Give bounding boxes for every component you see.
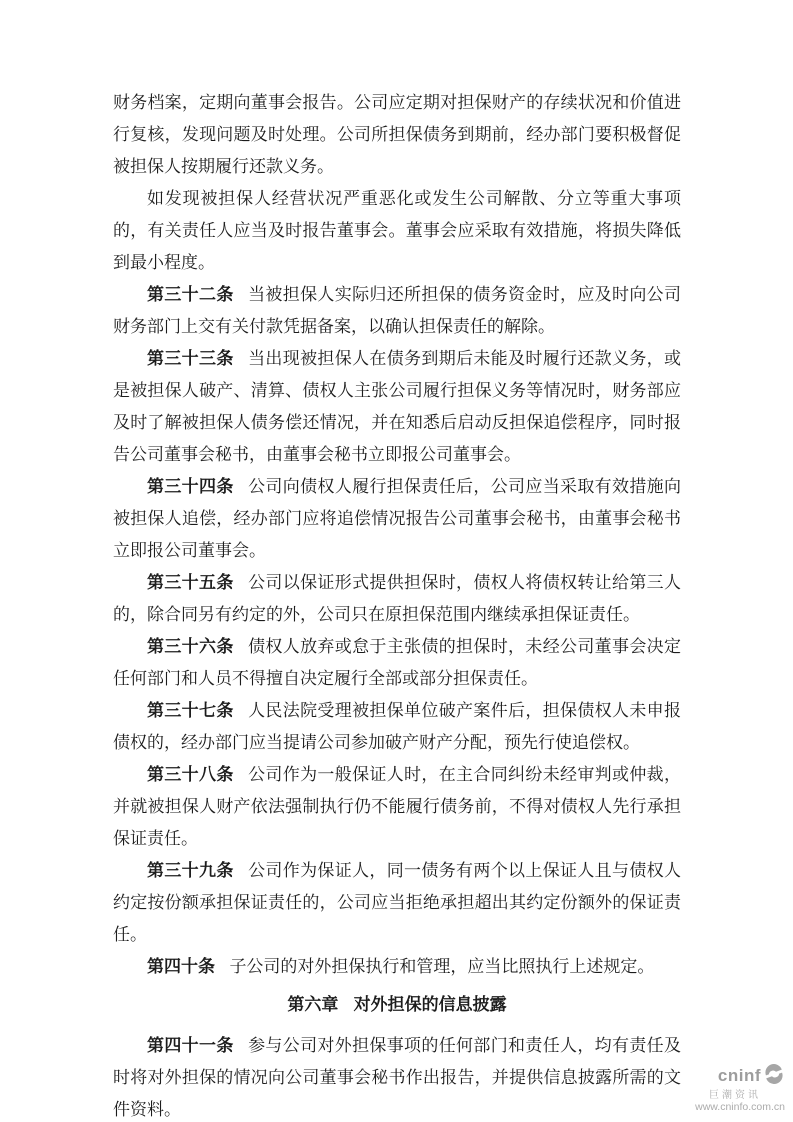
article-number: 第三十五条	[147, 573, 248, 592]
article-number: 第四十一条	[147, 1036, 248, 1055]
cninfo-logo: cninf	[625, 1063, 785, 1090]
cninfo-swirl-icon	[763, 1063, 785, 1090]
paragraph: 第三十六条债权人放弃或怠于主张债的担保时，未经公司董事会决定任何部门和人员不得擅…	[113, 631, 681, 695]
paragraph: 第四十一条参与公司对外担保事项的任何部门和责任人，均有责任及时将对外担保的情况向…	[113, 1030, 681, 1122]
paragraph-text: 财务档案，定期向董事会报告。公司应定期对担保财产的存续状况和价值进行复核，发现问…	[113, 93, 681, 176]
article-number: 第三十二条	[147, 285, 248, 304]
chapter-number: 第六章	[287, 995, 353, 1014]
cninfo-logo-text: cninf	[718, 1067, 761, 1086]
cninfo-brand-name: 巨潮资讯	[625, 1090, 761, 1101]
cninfo-watermark: cninf 巨潮资讯 www.cninfo.com.cn	[625, 1063, 785, 1114]
paragraph: 第三十八条公司作为一般保证人时，在主合同纠纷未经审判或仲裁，并就被担保人财产依法…	[113, 759, 681, 855]
paragraph: 第三十二条当被担保人实际归还所担保的债务资金时，应及时向公司财务部门上交有关付款…	[113, 279, 681, 343]
article-number: 第三十四条	[147, 477, 248, 496]
chapter-title: 对外担保的信息披露	[354, 995, 507, 1014]
document-page: 财务档案，定期向董事会报告。公司应定期对担保财产的存续状况和价值进行复核，发现问…	[0, 0, 793, 1122]
article-number: 第三十九条	[147, 861, 248, 880]
paragraph: 第三十三条当出现被担保人在债务到期后未能及时履行还款义务，或是被担保人破产、清算…	[113, 343, 681, 471]
paragraph: 财务档案，定期向董事会报告。公司应定期对担保财产的存续状况和价值进行复核，发现问…	[113, 87, 681, 183]
paragraph: 第四十条子公司的对外担保执行和管理，应当比照执行上述规定。	[113, 951, 681, 983]
article-number: 第三十六条	[147, 637, 248, 656]
article-number: 第四十条	[147, 957, 229, 976]
paragraph-text: 子公司的对外担保执行和管理，应当比照执行上述规定。	[229, 957, 654, 976]
cninfo-url: www.cninfo.com.cn	[625, 1102, 785, 1114]
chapter-heading: 第六章对外担保的信息披露	[113, 989, 681, 1021]
article-number: 第三十七条	[147, 701, 248, 720]
paragraph: 第三十九条公司作为保证人，同一债务有两个以上保证人且与债权人约定按份额承担保证责…	[113, 855, 681, 951]
paragraph: 如发现被担保人经营状况严重恶化或发生公司解散、分立等重大事项的，有关责任人应当及…	[113, 183, 681, 279]
paragraph: 第三十四条公司向债权人履行担保责任后，公司应当采取有效措施向被担保人追偿，经办部…	[113, 471, 681, 567]
document-body: 财务档案，定期向董事会报告。公司应定期对担保财产的存续状况和价值进行复核，发现问…	[113, 87, 681, 1122]
paragraph-text: 如发现被担保人经营状况严重恶化或发生公司解散、分立等重大事项的，有关责任人应当及…	[113, 189, 681, 272]
article-number: 第三十八条	[147, 765, 248, 784]
paragraph: 第三十五条公司以保证形式提供担保时，债权人将债权转让给第三人的，除合同另有约定的…	[113, 567, 681, 631]
paragraph: 第三十七条人民法院受理被担保单位破产案件后，担保债权人未申报债权的，经办部门应当…	[113, 695, 681, 759]
article-number: 第三十三条	[147, 349, 248, 368]
